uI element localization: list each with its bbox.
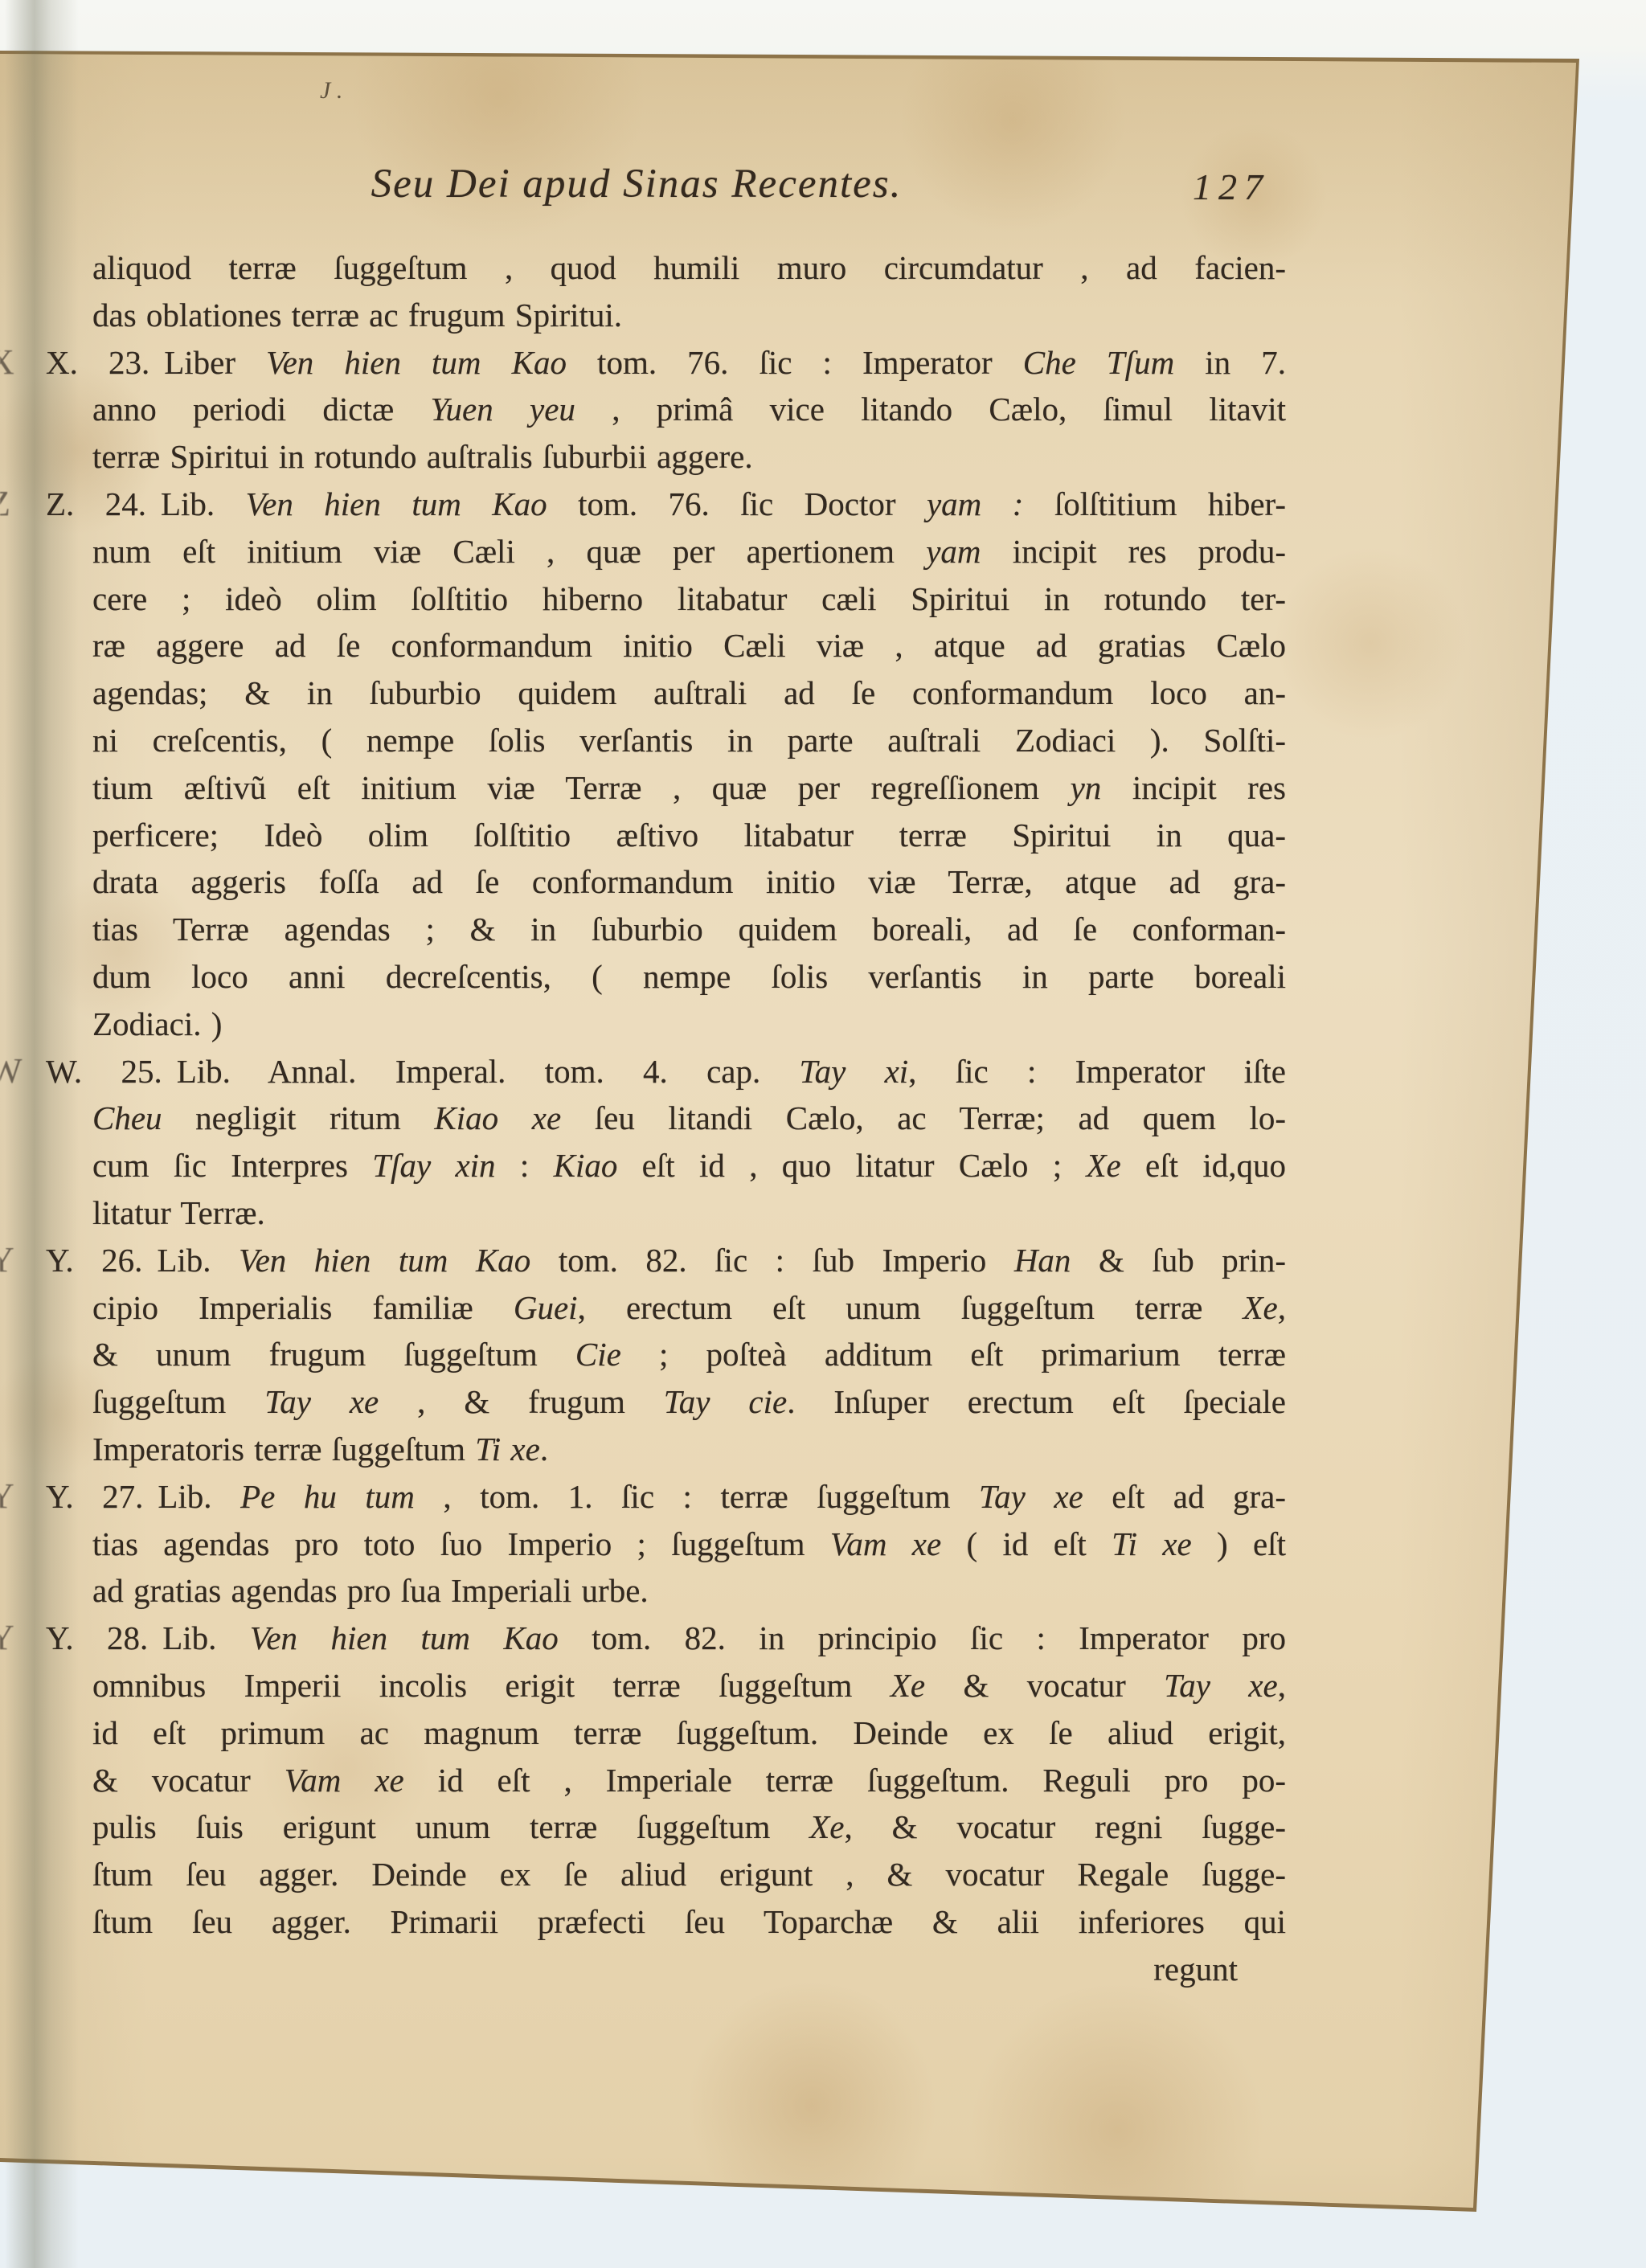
text-segment: , & vocatur regni ſugge- (844, 1808, 1286, 1845)
text-segment: & ſub prin- (1071, 1242, 1286, 1279)
text-segment: tom. 76. ſic Doctor (547, 485, 927, 522)
paragraph-label: Y. 27. (46, 1478, 158, 1515)
text-segment: . Inſuper erectum eſt ſpeciale (787, 1383, 1286, 1420)
text-line: dum loco anni decreſcentis, ( nempe ſoli… (92, 953, 1286, 1001)
text-segment: Xe (809, 1808, 844, 1845)
text-line: aliquod terræ ſuggeſtum , quod humili mu… (92, 244, 1286, 292)
text-segment: tias Terræ agendas ; & in ſuburbio quide… (92, 911, 1286, 948)
text-segment: ſtum ſeu agger. Primarii præfecti ſeu To… (92, 1903, 1286, 1940)
paragraph-label: W. 25. (46, 1053, 177, 1090)
text-segment: . (540, 1431, 548, 1468)
ghost-letter: Y (0, 1237, 35, 1284)
text-segment: incipit res produ- (981, 533, 1286, 570)
text-segment: , (1278, 1667, 1286, 1704)
text-segment: ad gratias agendas pro ſua Imperiali urb… (92, 1572, 649, 1609)
text-line: Z. 24.Lib. Ven hien tum Kao tom. 76. ſic… (46, 481, 1286, 528)
ghost-letter: Z (0, 481, 35, 528)
text-segment: ; poſteà additum eſt primarium terræ (621, 1336, 1286, 1373)
scanned-book-photo: { "page": { "header_title": "Seu Dei apu… (0, 0, 1646, 2268)
text-segment: yn (1071, 769, 1102, 806)
text-segment: aliquod terræ ſuggeſtum , quod humili mu… (92, 249, 1286, 286)
text-segment: Guei (514, 1289, 578, 1326)
text-segment: Xe (1086, 1147, 1120, 1184)
ghost-letter: Y (0, 1615, 35, 1662)
text-segment: , & frugum (379, 1383, 664, 1420)
text-segment: Xe (891, 1667, 925, 1704)
text-segment: Lib. (162, 1619, 250, 1656)
text-segment: Xe, (1243, 1289, 1287, 1326)
text-segment: Kiao (554, 1147, 618, 1184)
text-segment: Ven hien tum Kao (250, 1619, 559, 1656)
text-line: pulis ſuis erigunt unum terræ ſuggeſtum … (92, 1803, 1286, 1851)
running-head: Seu Dei apud Sinas Recentes. (0, 161, 1273, 207)
text-segment: pulis ſuis erigunt unum terræ ſuggeſtum (92, 1808, 809, 1845)
text-segment: negligit ritum (162, 1099, 435, 1136)
text-segment: in 7. (1174, 344, 1286, 381)
printed-text-layer: Seu Dei apud Sinas Recentes. 127 J . ali… (0, 0, 1646, 2268)
scan-backdrop: Seu Dei apud Sinas Recentes. 127 J . ali… (0, 0, 1646, 2268)
text-segment: litatur Terræ. (92, 1194, 265, 1231)
text-segment: dum loco anni decreſcentis, ( nempe ſoli… (92, 958, 1286, 995)
ghost-letter: W (0, 1048, 35, 1095)
ghost-letter: Y (0, 1473, 35, 1521)
text-line: tium æſtivũ eſt initium viæ Terræ , quæ … (92, 764, 1286, 812)
text-segment: Han (1014, 1242, 1071, 1279)
text-line: terræ Spiritui in rotundo auſtralis ſubu… (92, 433, 1286, 481)
text-segment: ræ aggere ad ſe conformandum initio Cæli… (92, 627, 1286, 664)
text-segment: tium æſtivũ eſt initium viæ Terræ , quæ … (92, 769, 1071, 806)
text-segment: Kiao xe (434, 1099, 561, 1136)
text-segment: eſt id , quo litatur Cælo ; (617, 1147, 1086, 1184)
text-line: ſtum ſeu agger. Deinde ex ſe aliud erigu… (92, 1851, 1286, 1898)
text-segment: Cheu (92, 1099, 162, 1136)
text-segment: Vam xe (285, 1762, 404, 1799)
text-segment: Liber (164, 344, 266, 381)
text-segment: Ti xe (1112, 1525, 1192, 1562)
text-segment: ni creſcentis, ( nempe ſolis verſantis i… (92, 722, 1286, 759)
text-segment: drata aggeris foſſa ad ſe conformandum i… (92, 863, 1286, 900)
text-segment: Che Tſum (1023, 344, 1174, 381)
text-segment: Lib. Annal. Imperal. tom. 4. cap. (177, 1053, 800, 1090)
text-line: tias Terræ agendas ; & in ſuburbio quide… (92, 906, 1286, 953)
text-line: agendas; & in ſuburbio quidem auſtrali a… (92, 669, 1286, 717)
text-segment: Lib. (161, 485, 246, 522)
text-segment: , primâ vice litando Cælo, ſimul litavit (575, 391, 1286, 428)
text-line: anno periodi dictæ Yuen yeu , primâ vice… (92, 386, 1286, 433)
text-segment: perficere; Ideò olim ſolſtitio æſtivo li… (92, 817, 1286, 854)
stray-ink-mark: J . (320, 77, 342, 104)
text-segment: Lib. (157, 1242, 239, 1279)
text-segment: tom. 76. ſic : Imperator (567, 344, 1023, 381)
text-line: num eſt initium viæ Cæli , quæ per apert… (92, 528, 1286, 575)
text-line: & vocatur Vam xe id eſt , Imperiale terr… (92, 1757, 1286, 1804)
text-segment: Ven hien tum Kao (266, 344, 567, 381)
text-line: Y. 28.Lib. Ven hien tum Kao tom. 82. in … (46, 1615, 1286, 1662)
text-segment: ſuggeſtum (92, 1383, 264, 1420)
ghost-letter: X (0, 339, 35, 387)
text-segment: Cie (575, 1336, 621, 1373)
text-segment: id eſt primum ac magnum terræ ſuggeſtum.… (92, 1714, 1286, 1751)
text-segment: cere ; ideò olim ſolſtitio hiberno litab… (92, 580, 1286, 617)
text-segment: Tay xi (800, 1053, 909, 1090)
text-segment: agendas; & in ſuburbio quidem auſtrali a… (92, 674, 1286, 711)
text-segment: & vocatur (925, 1667, 1164, 1704)
text-segment: ſtum ſeu agger. Deinde ex ſe aliud erigu… (92, 1856, 1286, 1893)
text-line: litatur Terræ. (92, 1189, 1286, 1237)
text-segment: : (496, 1147, 554, 1184)
page-number: 127 (1147, 166, 1316, 208)
text-line: ſuggeſtum Tay xe , & frugum Tay cie. Inſ… (92, 1378, 1286, 1426)
text-segment: anno periodi dictæ (92, 391, 431, 428)
text-segment: ſeu litandi Cælo, ac Terræ; ad quem lo- (561, 1099, 1286, 1136)
text-line: Y. 26.Lib. Ven hien tum Kao tom. 82. ſic… (46, 1237, 1286, 1284)
text-segment: cum ſic Interpres (92, 1147, 372, 1184)
text-segment: eſt ad gra- (1083, 1478, 1286, 1515)
text-line: tias agendas pro toto ſuo Imperio ; ſugg… (92, 1521, 1286, 1568)
text-segment: tias agendas pro toto ſuo Imperio ; ſugg… (92, 1525, 830, 1562)
text-segment: id eſt , Imperiale terræ ſuggeſtum. Regu… (404, 1762, 1286, 1799)
text-segment: Ven hien tum Kao (246, 485, 547, 522)
text-segment: Tay xe (979, 1478, 1083, 1515)
text-segment: Lib. (158, 1478, 240, 1515)
text-segment: eſt id,quo (1121, 1147, 1286, 1184)
text-segment: & vocatur (92, 1762, 285, 1799)
text-segment: cipio Imperialis familiæ (92, 1289, 514, 1326)
text-line: cipio Imperialis familiæ Guei, erectum e… (92, 1284, 1286, 1332)
paragraph-label: Z. 24. (46, 485, 161, 522)
text-segment: Pe hu tum (240, 1478, 415, 1515)
text-segment: Tay cie (664, 1383, 787, 1420)
text-line: drata aggeris foſſa ad ſe conformandum i… (92, 858, 1286, 906)
text-segment: yam (926, 533, 981, 570)
text-segment: Imperatoris terræ ſuggeſtum (92, 1431, 475, 1468)
text-line: ad gratias agendas pro ſua Imperiali urb… (92, 1567, 1286, 1615)
text-line: cum ſic Interpres Tſay xin : Kiao eſt id… (92, 1142, 1286, 1189)
text-line: Cheu negligit ritum Kiao xe ſeu litandi … (92, 1095, 1286, 1142)
paragraph-label: Y. 26. (46, 1242, 157, 1279)
text-line: & unum frugum ſuggeſtum Cie ; poſteà add… (92, 1331, 1286, 1378)
text-segment: das oblationes terræ ac frugum Spiritui. (92, 297, 622, 334)
text-line: id eſt primum ac magnum terræ ſuggeſtum.… (92, 1709, 1286, 1757)
text-segment: & unum frugum ſuggeſtum (92, 1336, 575, 1373)
text-segment: incipit res (1101, 769, 1286, 806)
text-segment: Tay xe (1164, 1667, 1278, 1704)
text-segment: ) eſt (1192, 1525, 1286, 1562)
text-line: omnibus Imperii incolis erigit terræ ſug… (92, 1662, 1286, 1709)
text-segment: , tom. 1. ſic : terræ ſuggeſtum (415, 1478, 979, 1515)
text-segment: , erectum eſt unum ſuggeſtum terræ (578, 1289, 1243, 1326)
text-segment: tom. 82. ſic : ſub Imperio (530, 1242, 1014, 1279)
text-line: Imperatoris terræ ſuggeſtum Ti xe. (92, 1426, 1286, 1473)
text-segment: ſolſtitium hiber- (1023, 485, 1286, 522)
text-segment: yam : (927, 485, 1023, 522)
text-segment: Vam xe (830, 1525, 941, 1562)
text-segment: Ti xe (475, 1431, 540, 1468)
text-line: ræ aggere ad ſe conformandum initio Cæli… (92, 622, 1286, 669)
text-segment: omnibus Imperii incolis erigit terræ ſug… (92, 1667, 891, 1704)
text-line: ni creſcentis, ( nempe ſolis verſantis i… (92, 717, 1286, 764)
text-segment: Ven hien tum Kao (239, 1242, 530, 1279)
text-line: ſtum ſeu agger. Primarii præfecti ſeu To… (92, 1898, 1286, 1946)
text-segment: terræ Spiritui in rotundo auſtralis ſubu… (92, 438, 753, 475)
text-line: W. 25.Lib. Annal. Imperal. tom. 4. cap. … (46, 1048, 1286, 1095)
text-segment: ( id eſt (941, 1525, 1112, 1562)
text-segment: Tay xe (264, 1383, 379, 1420)
text-line: Y. 27.Lib. Pe hu tum , tom. 1. ſic : ter… (46, 1473, 1286, 1521)
paragraph-label: Y. 28. (46, 1619, 162, 1656)
text-segment: Tſay xin (372, 1147, 495, 1184)
paragraph-label: X. 23. (46, 344, 164, 381)
text-segment: num eſt initium viæ Cæli , quæ per apert… (92, 533, 926, 570)
text-line: cere ; ideò olim ſolſtitio hiberno litab… (92, 575, 1286, 623)
text-line: das oblationes terræ ac frugum Spiritui. (92, 292, 1286, 339)
text-line: Zodiaci. ) (92, 1001, 1286, 1048)
text-line: perficere; Ideò olim ſolſtitio æſtivo li… (92, 812, 1286, 859)
text-segment: tom. 82. in principio ſic : Imperator pr… (559, 1619, 1286, 1656)
text-segment: , ſic : Imperator iſte (908, 1053, 1286, 1090)
text-line: X. 23.Liber Ven hien tum Kao tom. 76. ſi… (46, 339, 1286, 387)
text-segment: Zodiaci. ) (92, 1005, 222, 1042)
text-segment: Yuen yeu (431, 391, 575, 428)
catchword: regunt (92, 1946, 1238, 1993)
